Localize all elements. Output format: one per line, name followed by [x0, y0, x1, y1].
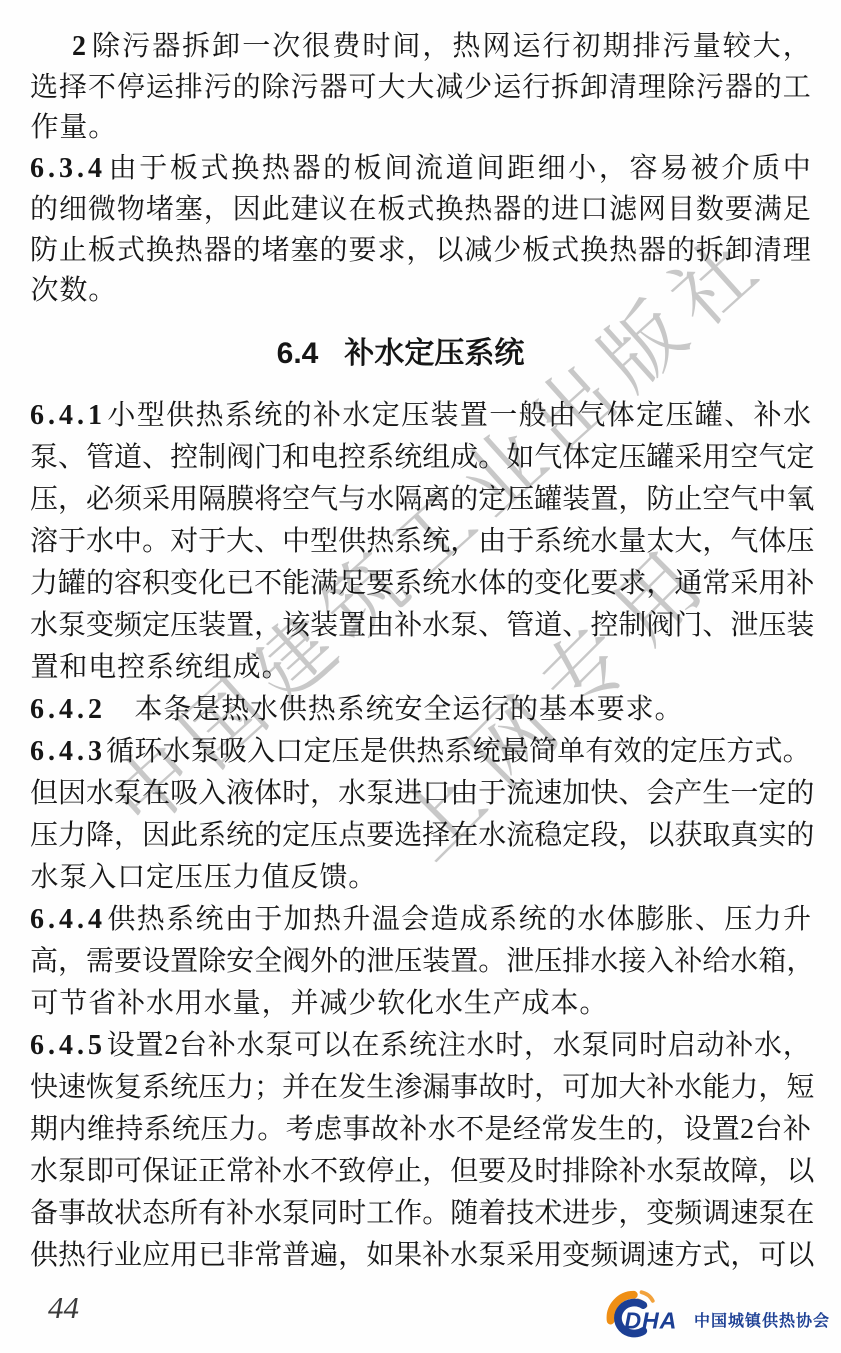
char-cell: 装: [310, 605, 338, 647]
char-cell: 细: [538, 148, 566, 190]
text-line: 的细微物堵塞，因此建议在板式换热器的进口滤网目数要满足: [30, 189, 811, 231]
char-cell: 补: [313, 395, 341, 437]
char-cell: 间: [384, 148, 412, 190]
text-line: 6.4.3循环水泵吸入口定压是供热系统最简单有效的定压方式。: [30, 731, 811, 773]
char-cell: 变: [646, 1193, 674, 1235]
char-cell: 变: [86, 605, 114, 647]
char-cell: 生: [702, 773, 730, 815]
char-cell: ，: [599, 148, 627, 190]
char-cell: 补: [117, 983, 146, 1025]
char-cell: 板: [522, 230, 550, 272]
char-cell: 大: [226, 521, 254, 563]
char-cell: 全: [254, 941, 282, 983]
char-cell: 补: [786, 563, 814, 605]
char-cell: 物: [117, 189, 145, 231]
char-cell: 罐: [58, 563, 86, 605]
char-cell: 置: [135, 1025, 163, 1067]
char-cell: 循: [106, 731, 134, 773]
char-cell: 大: [674, 521, 702, 563]
char-cell: 隔: [198, 479, 226, 521]
char-cell: 置: [450, 941, 478, 983]
char-cell: 进: [562, 1193, 590, 1235]
char-cell: 中: [783, 148, 811, 190]
char-cell: 的: [510, 689, 539, 731]
char-cell: 不: [456, 1109, 484, 1151]
char-cell: 已: [226, 563, 254, 605]
text-line: 6.4.4供热系统由于加热升温会造成系统的水体膨胀、压力升: [30, 899, 811, 941]
char-cell: 减: [319, 983, 348, 1025]
char-cell: 泵: [58, 605, 86, 647]
char-cell: 生: [366, 1067, 394, 1109]
char-cell: 的: [754, 67, 782, 109]
char-cell: 细: [59, 189, 87, 231]
char-cell: 统: [409, 1025, 437, 1067]
char-cell: 会: [646, 773, 674, 815]
char-cell: 水: [203, 983, 232, 1025]
char-cell: 维: [87, 1109, 115, 1151]
char-cell: 溶: [30, 521, 58, 563]
char-cell: ，: [450, 521, 478, 563]
char-cell: 泵: [191, 731, 219, 773]
char-cell: 但: [450, 1151, 478, 1193]
char-cell: 段: [590, 815, 618, 857]
char-cell: 力: [232, 857, 261, 899]
char-cell: 用: [170, 1235, 198, 1277]
char-cell: 速: [646, 1235, 674, 1277]
char-cell: 期: [30, 1109, 58, 1151]
char-cell: 水: [754, 1025, 782, 1067]
text-line: 压，必须采用隔膜将空气与水隔离的定压罐装置，防止空气中氧: [30, 479, 811, 521]
char-cell: 必: [86, 479, 114, 521]
char-cell: 系: [166, 899, 194, 941]
char-cell: 统: [170, 1067, 198, 1109]
char-cell: 初: [573, 26, 601, 68]
char-cell: 技: [506, 1193, 534, 1235]
char-cell: 变: [562, 1235, 590, 1277]
char-cell: 满: [310, 563, 338, 605]
char-cell: 氧: [786, 479, 814, 521]
cdha-logo-mark-icon: DHA: [602, 1286, 688, 1338]
char-cell: 变: [534, 563, 562, 605]
char-cell: 系: [142, 1067, 170, 1109]
char-cell: 压: [698, 731, 726, 773]
char-cell: 换: [435, 189, 463, 231]
char-cell: 求: [625, 689, 654, 731]
char-cell: 用: [702, 437, 730, 479]
char-cell: 式: [551, 230, 579, 272]
char-cell: ，: [114, 815, 142, 857]
char-cell: 水: [783, 395, 811, 437]
char-cell: 热: [452, 26, 480, 68]
char-cell: 外: [310, 941, 338, 983]
char-cell: 体: [562, 437, 590, 479]
char-cell: 网: [482, 26, 510, 68]
char-cell: 液: [226, 773, 254, 815]
char-cell: 须: [114, 479, 142, 521]
char-cell: 型: [310, 521, 338, 563]
text-line: 期内维持系统压力。考虑事故补水不是经常发生的，设置2台补: [30, 1109, 811, 1151]
char-cell: 微: [88, 189, 116, 231]
char-cell: 证: [170, 1151, 198, 1193]
char-cell: 普: [282, 1235, 310, 1277]
char-cell: 换: [231, 148, 259, 190]
char-cell: 行: [543, 26, 571, 68]
char-cell: 有: [585, 731, 613, 773]
char-cell: 量: [232, 983, 261, 1025]
char-cell: ，: [786, 941, 814, 983]
char-cell: 省: [88, 983, 117, 1025]
char-cell: 系: [144, 1109, 172, 1151]
section-heading: 6.4补水定压系统: [10, 334, 791, 374]
char-cell: 控: [338, 437, 366, 479]
char-cell: 小: [107, 395, 135, 437]
char-cell: 胀: [665, 899, 693, 941]
char-cell: 。: [654, 689, 683, 731]
char-cell: 选: [30, 67, 58, 109]
text-line: 力罐的容积变化已不能满足要系统水体的变化要求，通常采用补: [30, 563, 811, 605]
char-cell: 用: [758, 563, 786, 605]
clause-number: 6.4.1: [30, 395, 106, 437]
char-cell: 发: [338, 1067, 366, 1109]
char-cell: 水: [86, 773, 114, 815]
char-cell: 泵: [59, 857, 88, 899]
char-cell: 膨: [636, 899, 664, 941]
char-cell: 事: [58, 1193, 86, 1235]
char-cell: 持: [115, 1109, 143, 1151]
char-cell: 统: [226, 815, 254, 857]
char-cell: 板: [88, 230, 116, 272]
char-cell: 容: [630, 148, 658, 190]
char-cell: ，: [204, 189, 232, 231]
char-cell: 同: [610, 1025, 638, 1067]
char-cell: 启: [668, 1025, 696, 1067]
text-line: 可节省补水用水量，并减少软化水生产成本。: [30, 983, 811, 1025]
char-cell: 用: [170, 479, 198, 521]
char-cell: 压: [170, 605, 198, 647]
char-cell: 卸: [212, 26, 240, 68]
char-cell: 气: [577, 395, 605, 437]
char-cell: 泵: [282, 1193, 310, 1235]
char-cell: 量: [59, 107, 88, 149]
char-cell: 、: [724, 395, 752, 437]
char-cell: 值: [261, 857, 290, 899]
char-cell: 如: [506, 437, 534, 479]
char-cell: 、: [254, 521, 282, 563]
char-cell: 污: [663, 26, 691, 68]
clause-number: 6.3.4: [30, 148, 106, 190]
char-cell: 是: [192, 689, 221, 731]
char-cell: 节: [59, 983, 88, 1025]
clause-number: 6.4.5: [30, 1025, 106, 1067]
char-cell: 流: [415, 148, 443, 190]
text-line: 压力降，因此系统的定压点要选择在水流稳定段，以获取真实的: [30, 815, 811, 857]
char-cell: 中: [282, 521, 310, 563]
char-cell: 化: [562, 563, 590, 605]
char-cell: 水: [434, 983, 463, 1025]
char-cell: 定: [142, 605, 170, 647]
clause-number: 6.4.3: [30, 731, 106, 773]
char-cell: 补: [783, 1109, 811, 1151]
char-cell: 泵: [450, 605, 478, 647]
char-cell: 压: [310, 815, 338, 857]
char-cell: 全: [423, 689, 452, 731]
char-cell: 正: [198, 1151, 226, 1193]
char-cell: 定: [758, 773, 786, 815]
char-cell: 水: [338, 773, 366, 815]
char-cell: 装: [562, 479, 590, 521]
char-cell: 压: [30, 479, 58, 521]
char-cell: 台: [755, 1109, 783, 1151]
char-cell: 水: [236, 1025, 264, 1067]
char-cell: 箱: [758, 941, 786, 983]
char-cell: 门: [254, 437, 282, 479]
char-cell: 是: [360, 731, 388, 773]
char-cell: 期: [603, 26, 631, 68]
char-cell: 介: [721, 148, 749, 190]
char-cell: ，: [422, 26, 450, 68]
char-cell: 压: [401, 395, 429, 437]
char-cell: 造: [430, 899, 458, 941]
char-cell: 的: [522, 189, 550, 231]
char-cell: 但: [30, 773, 58, 815]
char-cell: 定: [282, 815, 310, 857]
char-cell: 体: [478, 563, 506, 605]
char-cell: 将: [254, 479, 282, 521]
char-cell: 口: [117, 857, 146, 899]
char-cell: 小: [568, 148, 596, 190]
char-cell: 式: [702, 1235, 730, 1277]
char-cell: 、: [142, 437, 170, 479]
char-cell: 。: [142, 521, 170, 563]
char-cell: 以: [786, 1151, 814, 1193]
char-cell: 组: [203, 647, 232, 689]
char-cell: 所: [170, 1193, 198, 1235]
char-cell: 时: [338, 1193, 366, 1235]
char-cell: 间: [476, 148, 504, 190]
char-cell: 泵: [366, 773, 394, 815]
char-cell: 力: [730, 1067, 758, 1109]
char-cell: 泵: [58, 1151, 86, 1193]
char-cell: 换: [580, 230, 608, 272]
char-cell: 于: [506, 521, 534, 563]
char-cell: 水: [553, 1025, 581, 1067]
char-cell: 一: [242, 26, 270, 68]
char-cell: 常: [254, 1235, 282, 1277]
char-cell: 补: [422, 1235, 450, 1277]
char-cell: 运: [493, 67, 521, 109]
char-cell: 的: [233, 67, 261, 109]
char-cell: 不: [310, 1151, 338, 1193]
char-cell: 频: [674, 1193, 702, 1235]
char-cell: 力: [754, 899, 782, 941]
char-cell: 供: [278, 689, 307, 731]
char-cell: 空: [730, 437, 758, 479]
char-cell: 有: [198, 1193, 226, 1235]
text-line: 水泵入口定压压力值反馈。: [30, 857, 811, 899]
char-cell: 压: [198, 1067, 226, 1109]
text-column: 6.4补水定压系统 2除污器拆卸一次很费时间，热网运行初期排污量较大，选择不停运…: [30, 0, 811, 1353]
text-line: 但因水泵在吸入液体时，水泵进口由于流速加快、会产生一定的: [30, 773, 811, 815]
char-cell: 体: [607, 899, 635, 941]
char-cell: 事: [342, 1109, 370, 1151]
char-cell: 统: [519, 899, 547, 941]
char-cell: 泵: [30, 437, 58, 479]
char-cell: 塞: [291, 230, 319, 272]
char-cell: 吸: [170, 773, 198, 815]
char-cell: 道: [534, 605, 562, 647]
char-cell: 短: [786, 1067, 814, 1109]
char-cell: 采: [506, 1235, 534, 1277]
char-cell: 故: [371, 1109, 399, 1151]
char-cell: 停: [366, 1151, 394, 1193]
char-cell: 时: [639, 1025, 667, 1067]
char-cell: 进: [551, 189, 579, 231]
char-cell: 卸: [725, 230, 753, 272]
char-cell: 拆: [551, 67, 579, 109]
char-cell: 常: [702, 563, 730, 605]
char-cell: 少: [464, 67, 492, 109]
char-cell: 足: [338, 563, 366, 605]
char-cell: 水: [646, 1151, 674, 1193]
char-cell: 于: [254, 899, 282, 941]
char-cell: 于: [139, 148, 167, 190]
char-cell: 加: [562, 773, 590, 815]
char-cell: 电: [310, 437, 338, 479]
char-cell: 供: [107, 899, 135, 941]
char-cell: 生: [598, 1109, 626, 1151]
char-cell: 升: [783, 899, 811, 941]
document-page: 中国建筑工业出版社 上网专用 6.4补水定压系统 2除污器拆卸一次很费时间，热网…: [0, 0, 841, 1353]
char-cell: 拆: [182, 26, 210, 68]
section-heading-title: 补水定压系统: [344, 337, 524, 370]
char-cell: 污: [122, 26, 150, 68]
char-cell: 型: [137, 395, 165, 437]
char-cell: 建: [291, 189, 319, 231]
char-cell: 水: [366, 479, 394, 521]
char-cell: 气: [758, 437, 786, 479]
char-cell: 方: [726, 731, 754, 773]
text-line: 防止板式换热器的堵塞的要求，以减少板式换热器的拆卸清理: [30, 230, 811, 272]
char-cell: 以: [323, 1025, 351, 1067]
char-cell: 统: [195, 899, 223, 941]
char-cell: 式: [201, 148, 229, 190]
char-cell: 实: [758, 815, 786, 857]
char-cell: 水: [250, 689, 279, 731]
char-cell: 果: [394, 1235, 422, 1277]
char-cell: 泄: [366, 941, 394, 983]
char-cell: 补: [725, 1025, 753, 1067]
text-line: 选择不停运排污的除污器可大大减少运行拆卸清理除污器的工: [30, 67, 811, 109]
char-cell: 取: [702, 815, 730, 857]
char-cell: 置: [712, 1109, 740, 1151]
char-cell: ；: [254, 1067, 282, 1109]
char-cell: 器: [725, 67, 753, 109]
char-cell: 热: [175, 230, 203, 272]
char-cell: 供: [166, 395, 194, 437]
char-cell: 压: [786, 521, 814, 563]
char-cell: 热: [262, 148, 290, 190]
text-line: 次数。: [30, 270, 811, 312]
char-cell: 及: [506, 1151, 534, 1193]
char-cell: 罐: [695, 395, 723, 437]
char-cell: 排: [633, 26, 661, 68]
text-line: 6.4.1小型供热系统的补水定压装置一般由气体定压罐、补水: [30, 395, 811, 437]
char-cell: 此: [262, 189, 290, 231]
page-number: 44: [48, 1290, 79, 1326]
char-cell: 真: [730, 815, 758, 857]
char-cell: 内: [58, 1109, 86, 1151]
char-cell: 可: [758, 1235, 786, 1277]
char-cell: 故: [478, 1067, 506, 1109]
char-cell: 板: [170, 148, 198, 190]
char-cell: 渗: [394, 1067, 422, 1109]
char-cell: 在: [351, 1025, 379, 1067]
char-cell: 清: [609, 67, 637, 109]
char-cell: 管: [86, 437, 114, 479]
char-cell: 步: [590, 1193, 618, 1235]
char-cell: 止: [59, 230, 87, 272]
char-cell: 定: [478, 479, 506, 521]
char-cell: 本: [550, 983, 579, 1025]
char-cell: 频: [114, 605, 142, 647]
char-cell: 质: [752, 148, 780, 190]
text-line: 6.4.5设置2台补水泵可以在系统注水时，水泵同时启动补水，: [30, 1025, 811, 1067]
char-cell: 运: [146, 67, 174, 109]
char-cell: 系: [489, 899, 517, 941]
char-cell: 的: [786, 773, 814, 815]
char-cell: 统: [174, 647, 203, 689]
char-cell: 动: [696, 1025, 724, 1067]
char-cell: 一: [489, 395, 517, 437]
char-cell: 复: [114, 1067, 142, 1109]
svg-text:DHA: DHA: [624, 1307, 677, 1333]
char-cell: 置: [30, 647, 59, 689]
char-cell: 台: [179, 1025, 207, 1067]
char-cell: 大: [753, 26, 781, 68]
char-cell: 水: [254, 1193, 282, 1235]
char-cell: 系: [146, 647, 175, 689]
char-cell: ，: [783, 26, 811, 68]
char-cell: 对: [170, 521, 198, 563]
char-cell: 调: [702, 1193, 730, 1235]
char-cell: 热: [313, 899, 341, 941]
char-cell: 着: [478, 1193, 506, 1235]
char-cell: 升: [342, 899, 370, 941]
char-cell: 置: [590, 479, 618, 521]
char-cell: 2: [164, 1025, 178, 1067]
char-cell: 制: [198, 437, 226, 479]
char-cell: 水: [30, 857, 59, 899]
char-cell: 可: [30, 983, 59, 1025]
char-cell: 器: [292, 148, 320, 190]
char-cell: 。: [422, 1193, 450, 1235]
char-cell: 水: [30, 605, 58, 647]
char-cell: 统: [365, 689, 394, 731]
char-cell: 由: [366, 605, 394, 647]
char-cell: ，: [655, 1109, 683, 1151]
char-cell: 考: [286, 1109, 314, 1151]
char-cell: 补: [208, 1025, 236, 1067]
char-cell: 泄: [506, 941, 534, 983]
char-cell: 板: [377, 189, 405, 231]
char-cell: 水: [590, 521, 618, 563]
char-cell: 止: [394, 1151, 422, 1193]
char-cell: 压: [534, 941, 562, 983]
char-cell: ，: [618, 815, 646, 857]
char-cell: 软: [377, 983, 406, 1025]
char-cell: 隔: [394, 479, 422, 521]
char-cell: 化: [198, 563, 226, 605]
